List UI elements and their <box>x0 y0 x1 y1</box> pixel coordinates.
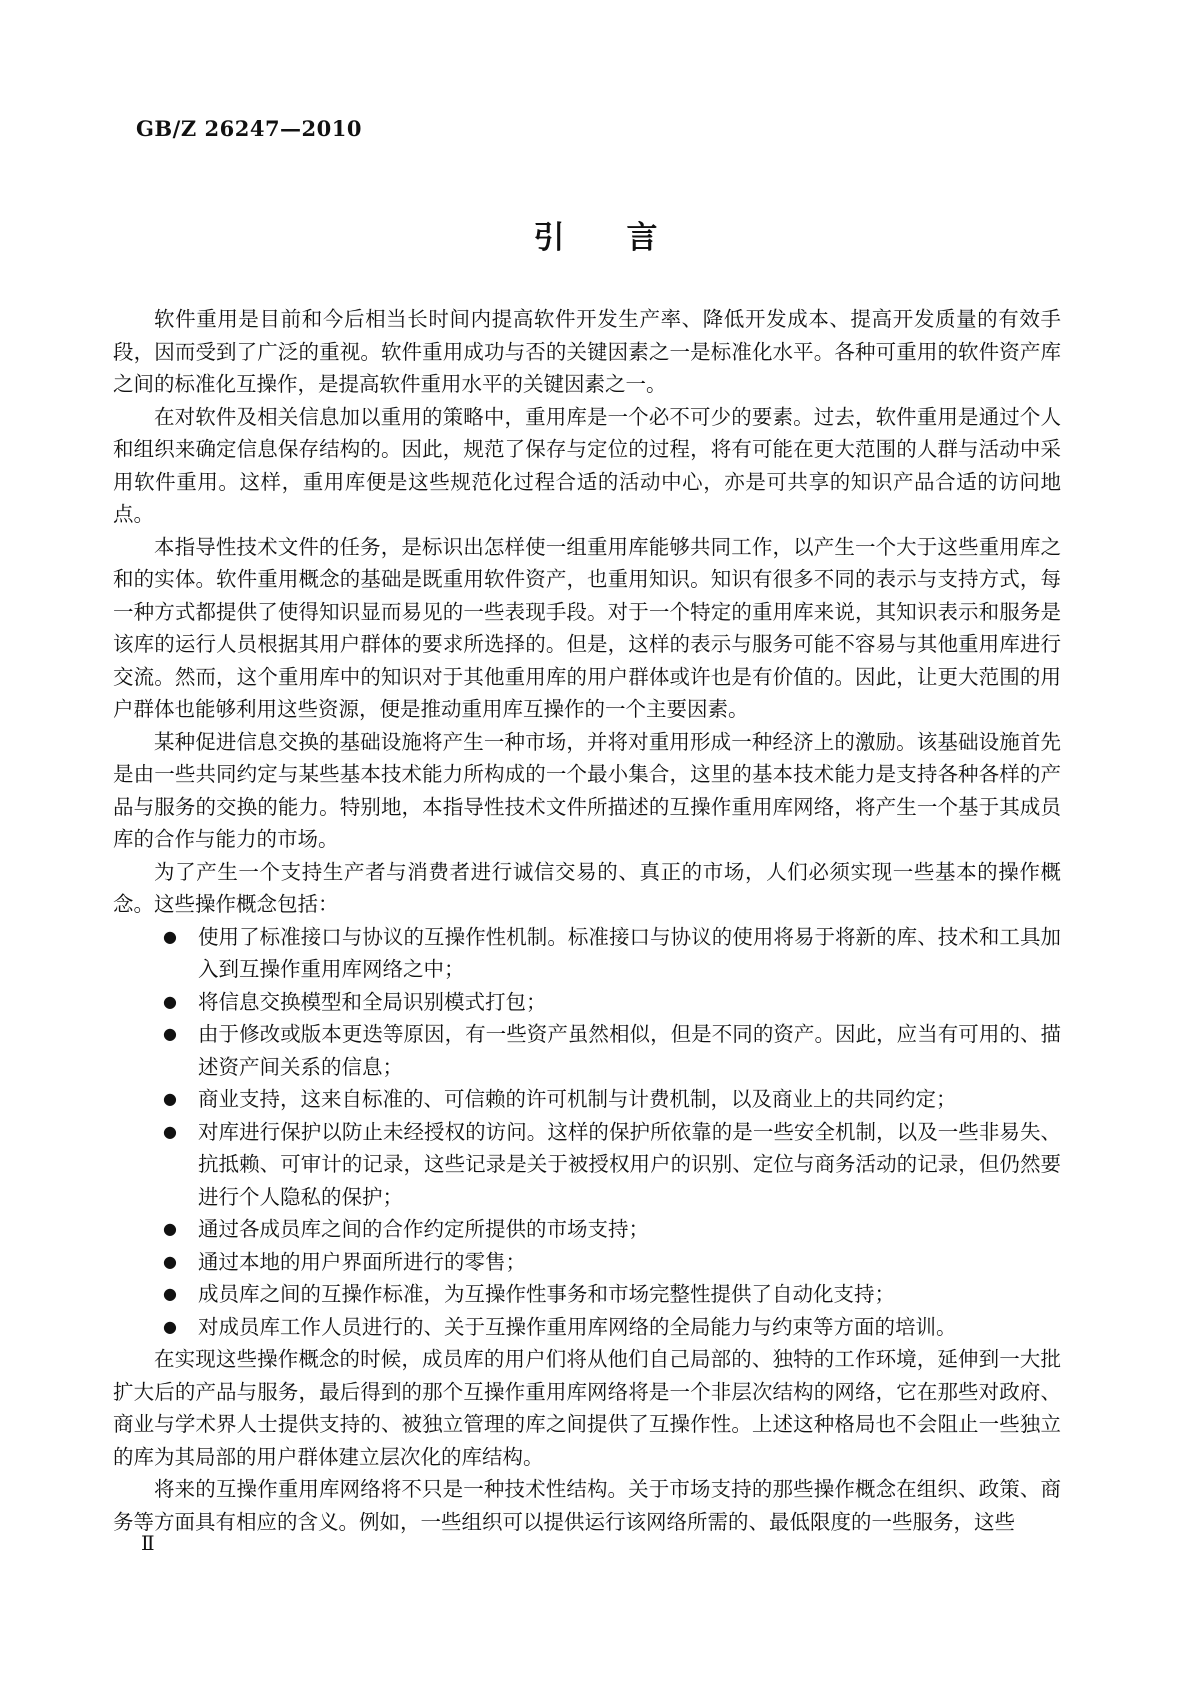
list-item-text: 对成员库工作人员进行的、关于互操作重用库网络的全局能力与约束等方面的培训。 <box>198 1315 957 1339</box>
document-page: GB/Z 26247—2010 引 言 软件重用是目前和今后相当长时间内提高软件… <box>0 0 1191 1684</box>
list-item: ● 商业支持，这来自标准的、可信赖的许可机制与计费机制，以及商业上的共同约定； <box>113 1083 1061 1116</box>
paragraph: 本指导性技术文件的任务，是标识出怎样使一组重用库能够共同工作，以产生一个大于这些… <box>113 531 1061 726</box>
page-title: 引 言 <box>0 212 1191 257</box>
list-item: ● 使用了标准接口与协议的互操作性机制。标准接口与协议的使用将易于将新的库、技术… <box>113 921 1061 986</box>
list-item-text: 对库进行保护以防止未经授权的访问。这样的保护所依靠的是一些安全机制，以及一些非易… <box>198 1120 1061 1209</box>
list-item: ● 通过本地的用户界面所进行的零售； <box>113 1246 1061 1279</box>
bullet-icon: ● <box>163 1213 177 1246</box>
paragraph: 为了产生一个支持生产者与消费者进行诚信交易的、真正的市场，人们必须实现一些基本的… <box>113 856 1061 921</box>
list-item-text: 将信息交换模型和全局识别模式打包； <box>198 990 547 1014</box>
list-item-text: 成员库之间的互操作标准，为互操作性事务和市场完整性提供了自动化支持； <box>198 1282 895 1306</box>
bullet-icon: ● <box>163 1278 177 1311</box>
bullet-icon: ● <box>163 1083 177 1116</box>
document-code: GB/Z 26247—2010 <box>136 116 362 141</box>
bullet-icon: ● <box>163 921 177 954</box>
list-item: ● 对库进行保护以防止未经授权的访问。这样的保护所依靠的是一些安全机制，以及一些… <box>113 1116 1061 1214</box>
list-item: ● 成员库之间的互操作标准，为互操作性事务和市场完整性提供了自动化支持； <box>113 1278 1061 1311</box>
list-item: ● 对成员库工作人员进行的、关于互操作重用库网络的全局能力与约束等方面的培训。 <box>113 1311 1061 1344</box>
page-number: Ⅱ <box>141 1531 155 1555</box>
paragraph: 软件重用是目前和今后相当长时间内提高软件开发生产率、降低开发成本、提高开发质量的… <box>113 303 1061 401</box>
paragraph: 将来的互操作重用库网络将不只是一种技术性结构。关于市场支持的那些操作概念在组织、… <box>113 1473 1061 1538</box>
list-item: ● 由于修改或版本更迭等原因，有一些资产虽然相似，但是不同的资产。因此，应当有可… <box>113 1018 1061 1083</box>
list-item-text: 使用了标准接口与协议的互操作性机制。标准接口与协议的使用将易于将新的库、技术和工… <box>198 925 1061 982</box>
list-item-text: 通过各成员库之间的合作约定所提供的市场支持； <box>198 1217 649 1241</box>
bullet-icon: ● <box>163 986 177 1019</box>
list-item-text: 通过本地的用户界面所进行的零售； <box>198 1250 526 1274</box>
bullet-icon: ● <box>163 1018 177 1051</box>
paragraph: 某种促进信息交换的基础设施将产生一种市场，并将对重用形成一种经济上的激励。该基础… <box>113 726 1061 856</box>
bullet-icon: ● <box>163 1116 177 1149</box>
list-item-text: 由于修改或版本更迭等原因，有一些资产虽然相似，但是不同的资产。因此，应当有可用的… <box>198 1022 1061 1079</box>
bullet-list: ● 使用了标准接口与协议的互操作性机制。标准接口与协议的使用将易于将新的库、技术… <box>113 921 1061 1344</box>
paragraph: 在对软件及相关信息加以重用的策略中，重用库是一个必不可少的要素。过去，软件重用是… <box>113 401 1061 531</box>
bullet-icon: ● <box>163 1246 177 1279</box>
paragraph: 在实现这些操作概念的时候，成员库的用户们将从他们自己局部的、独特的工作环境，延伸… <box>113 1343 1061 1473</box>
bullet-icon: ● <box>163 1311 177 1344</box>
list-item: ● 将信息交换模型和全局识别模式打包； <box>113 986 1061 1019</box>
list-item-text: 商业支持，这来自标准的、可信赖的许可机制与计费机制，以及商业上的共同约定； <box>198 1087 957 1111</box>
list-item: ● 通过各成员库之间的合作约定所提供的市场支持； <box>113 1213 1061 1246</box>
document-body: 软件重用是目前和今后相当长时间内提高软件开发生产率、降低开发成本、提高开发质量的… <box>113 303 1061 1538</box>
